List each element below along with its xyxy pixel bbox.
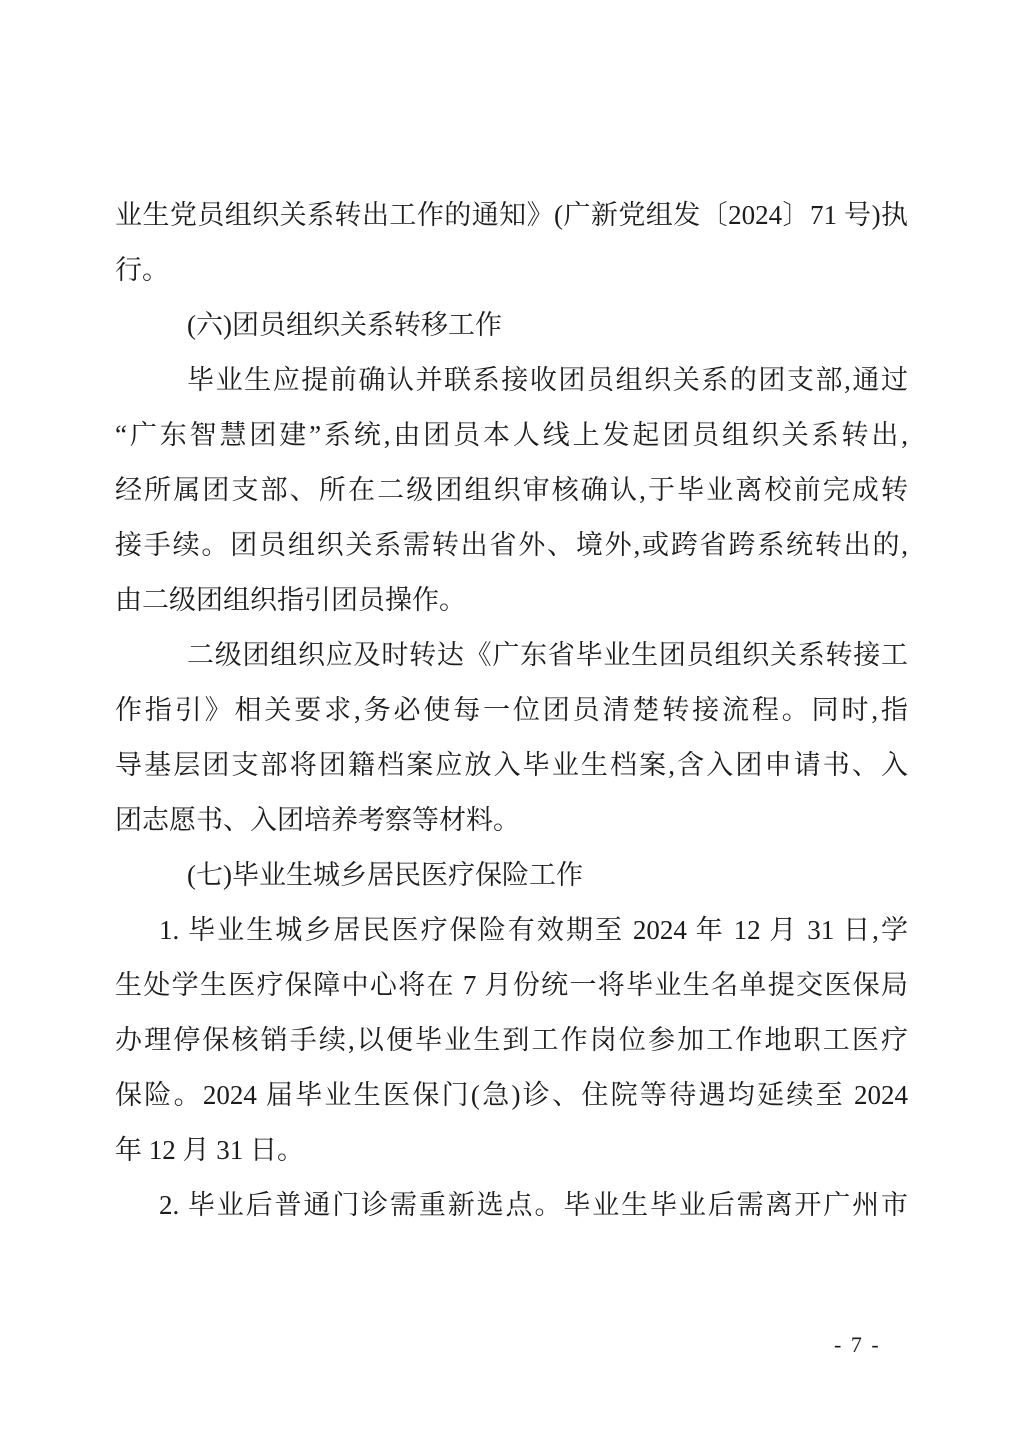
text-line: “广东智慧团建”系统,由团员本人线上发起团员组织关系转出, (115, 408, 908, 463)
section-heading-6: (六)团员组织关系转移工作 (115, 298, 908, 353)
text-line: 二级团组织应及时转达《广东省毕业生团员组织关系转接工 (115, 628, 908, 683)
text-line: 业生党员组织关系转出工作的通知》(广新党组发〔2024〕71 号)执 (115, 188, 908, 243)
text-line: 1. 毕业生城乡居民医疗保险有效期至 2024 年 12 月 31 日,学 (115, 903, 908, 958)
page-number: - 7 - (834, 1330, 881, 1360)
text-line: 导基层团支部将团籍档案应放入毕业生档案,含入团申请书、入 (115, 738, 908, 793)
text-line: 团志愿书、入团培养考察等材料。 (115, 793, 908, 848)
text-line: 作指引》相关要求,务必使每一位团员清楚转接流程。同时,指 (115, 683, 908, 738)
text-line: 行。 (115, 243, 908, 298)
document-body: 业生党员组织关系转出工作的通知》(广新党组发〔2024〕71 号)执 行。 (六… (115, 188, 908, 1233)
text-line: 2. 毕业后普通门诊需重新选点。毕业生毕业后需离开广州市 (115, 1178, 908, 1233)
text-line: 接手续。团员组织关系需转出省外、境外,或跨省跨系统转出的, (115, 518, 908, 573)
text-line: 经所属团支部、所在二级团组织审核确认,于毕业离校前完成转 (115, 463, 908, 518)
text-line: 毕业生应提前确认并联系接收团员组织关系的团支部,通过 (115, 353, 908, 408)
text-line: 年 12 月 31 日。 (115, 1123, 908, 1178)
text-line: 办理停保核销手续,以便毕业生到工作岗位参加工作地职工医疗 (115, 1013, 908, 1068)
section-heading-7: (七)毕业生城乡居民医疗保险工作 (115, 848, 908, 903)
text-line: 由二级团组织指引团员操作。 (115, 573, 908, 628)
text-line: 保险。2024 届毕业生医保门(急)诊、住院等待遇均延续至 2024 (115, 1068, 908, 1123)
text-line: 生处学生医疗保障中心将在 7 月份统一将毕业生名单提交医保局 (115, 958, 908, 1013)
document-page: 业生党员组织关系转出工作的通知》(广新党组发〔2024〕71 号)执 行。 (六… (0, 0, 1024, 1448)
